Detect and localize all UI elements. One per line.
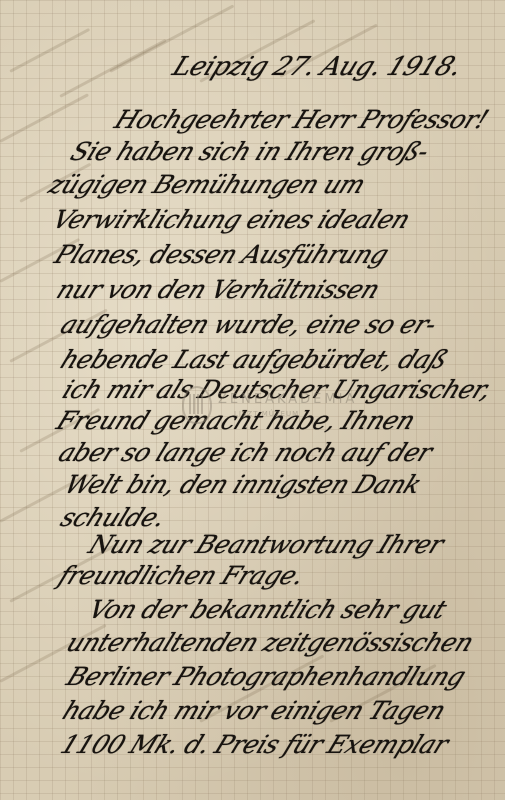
letter-line: habe ich mir vor einigen Tagen: [58, 696, 450, 726]
letter-line: Von der bekanntlich sehr gut: [84, 595, 451, 625]
salutation: Hochgeehrter Herr Professor!: [110, 105, 492, 135]
letter-line: schulde.: [56, 503, 170, 533]
letter-line: ich mir als Deutscher Ungarischer,: [58, 375, 496, 405]
letter-line: unterhaltenden zeitgenössischen: [62, 628, 478, 658]
letter-line: Sie haben sich in Ihren groß-: [66, 137, 433, 167]
letter-line: Welt bin, den innigsten Dank: [60, 470, 426, 500]
letter-page: Leipzig 27. Aug. 1918. Hochgeehrter Herr…: [0, 0, 505, 800]
letter-line: zügigen Bemühungen um: [44, 170, 370, 200]
letter-line: 1100 Mk. d. Preis für Exemplar: [56, 730, 453, 760]
letter-line: Verwirklichung eines idealen: [48, 205, 414, 235]
letter-line: Planes, dessen Ausführung: [50, 240, 393, 270]
letter-line: nur von den Verhältnissen: [52, 275, 384, 305]
letter-line: freundlichen Frage.: [54, 561, 309, 591]
letter-line: hebende Last aufgebürdet, daß: [56, 345, 452, 375]
letter-line: aufgehalten wurde, eine so er-: [56, 310, 441, 340]
letter-line: Nun zur Beantwortung Ihrer: [84, 530, 448, 560]
letter-line: aber so lange ich noch auf der: [54, 438, 437, 468]
letter-line: Freund gemacht habe, Ihnen: [52, 406, 420, 436]
dateline: Leipzig 27. Aug. 1918.: [168, 52, 466, 82]
letter-line: Berliner Photographenhandlung: [62, 662, 470, 692]
